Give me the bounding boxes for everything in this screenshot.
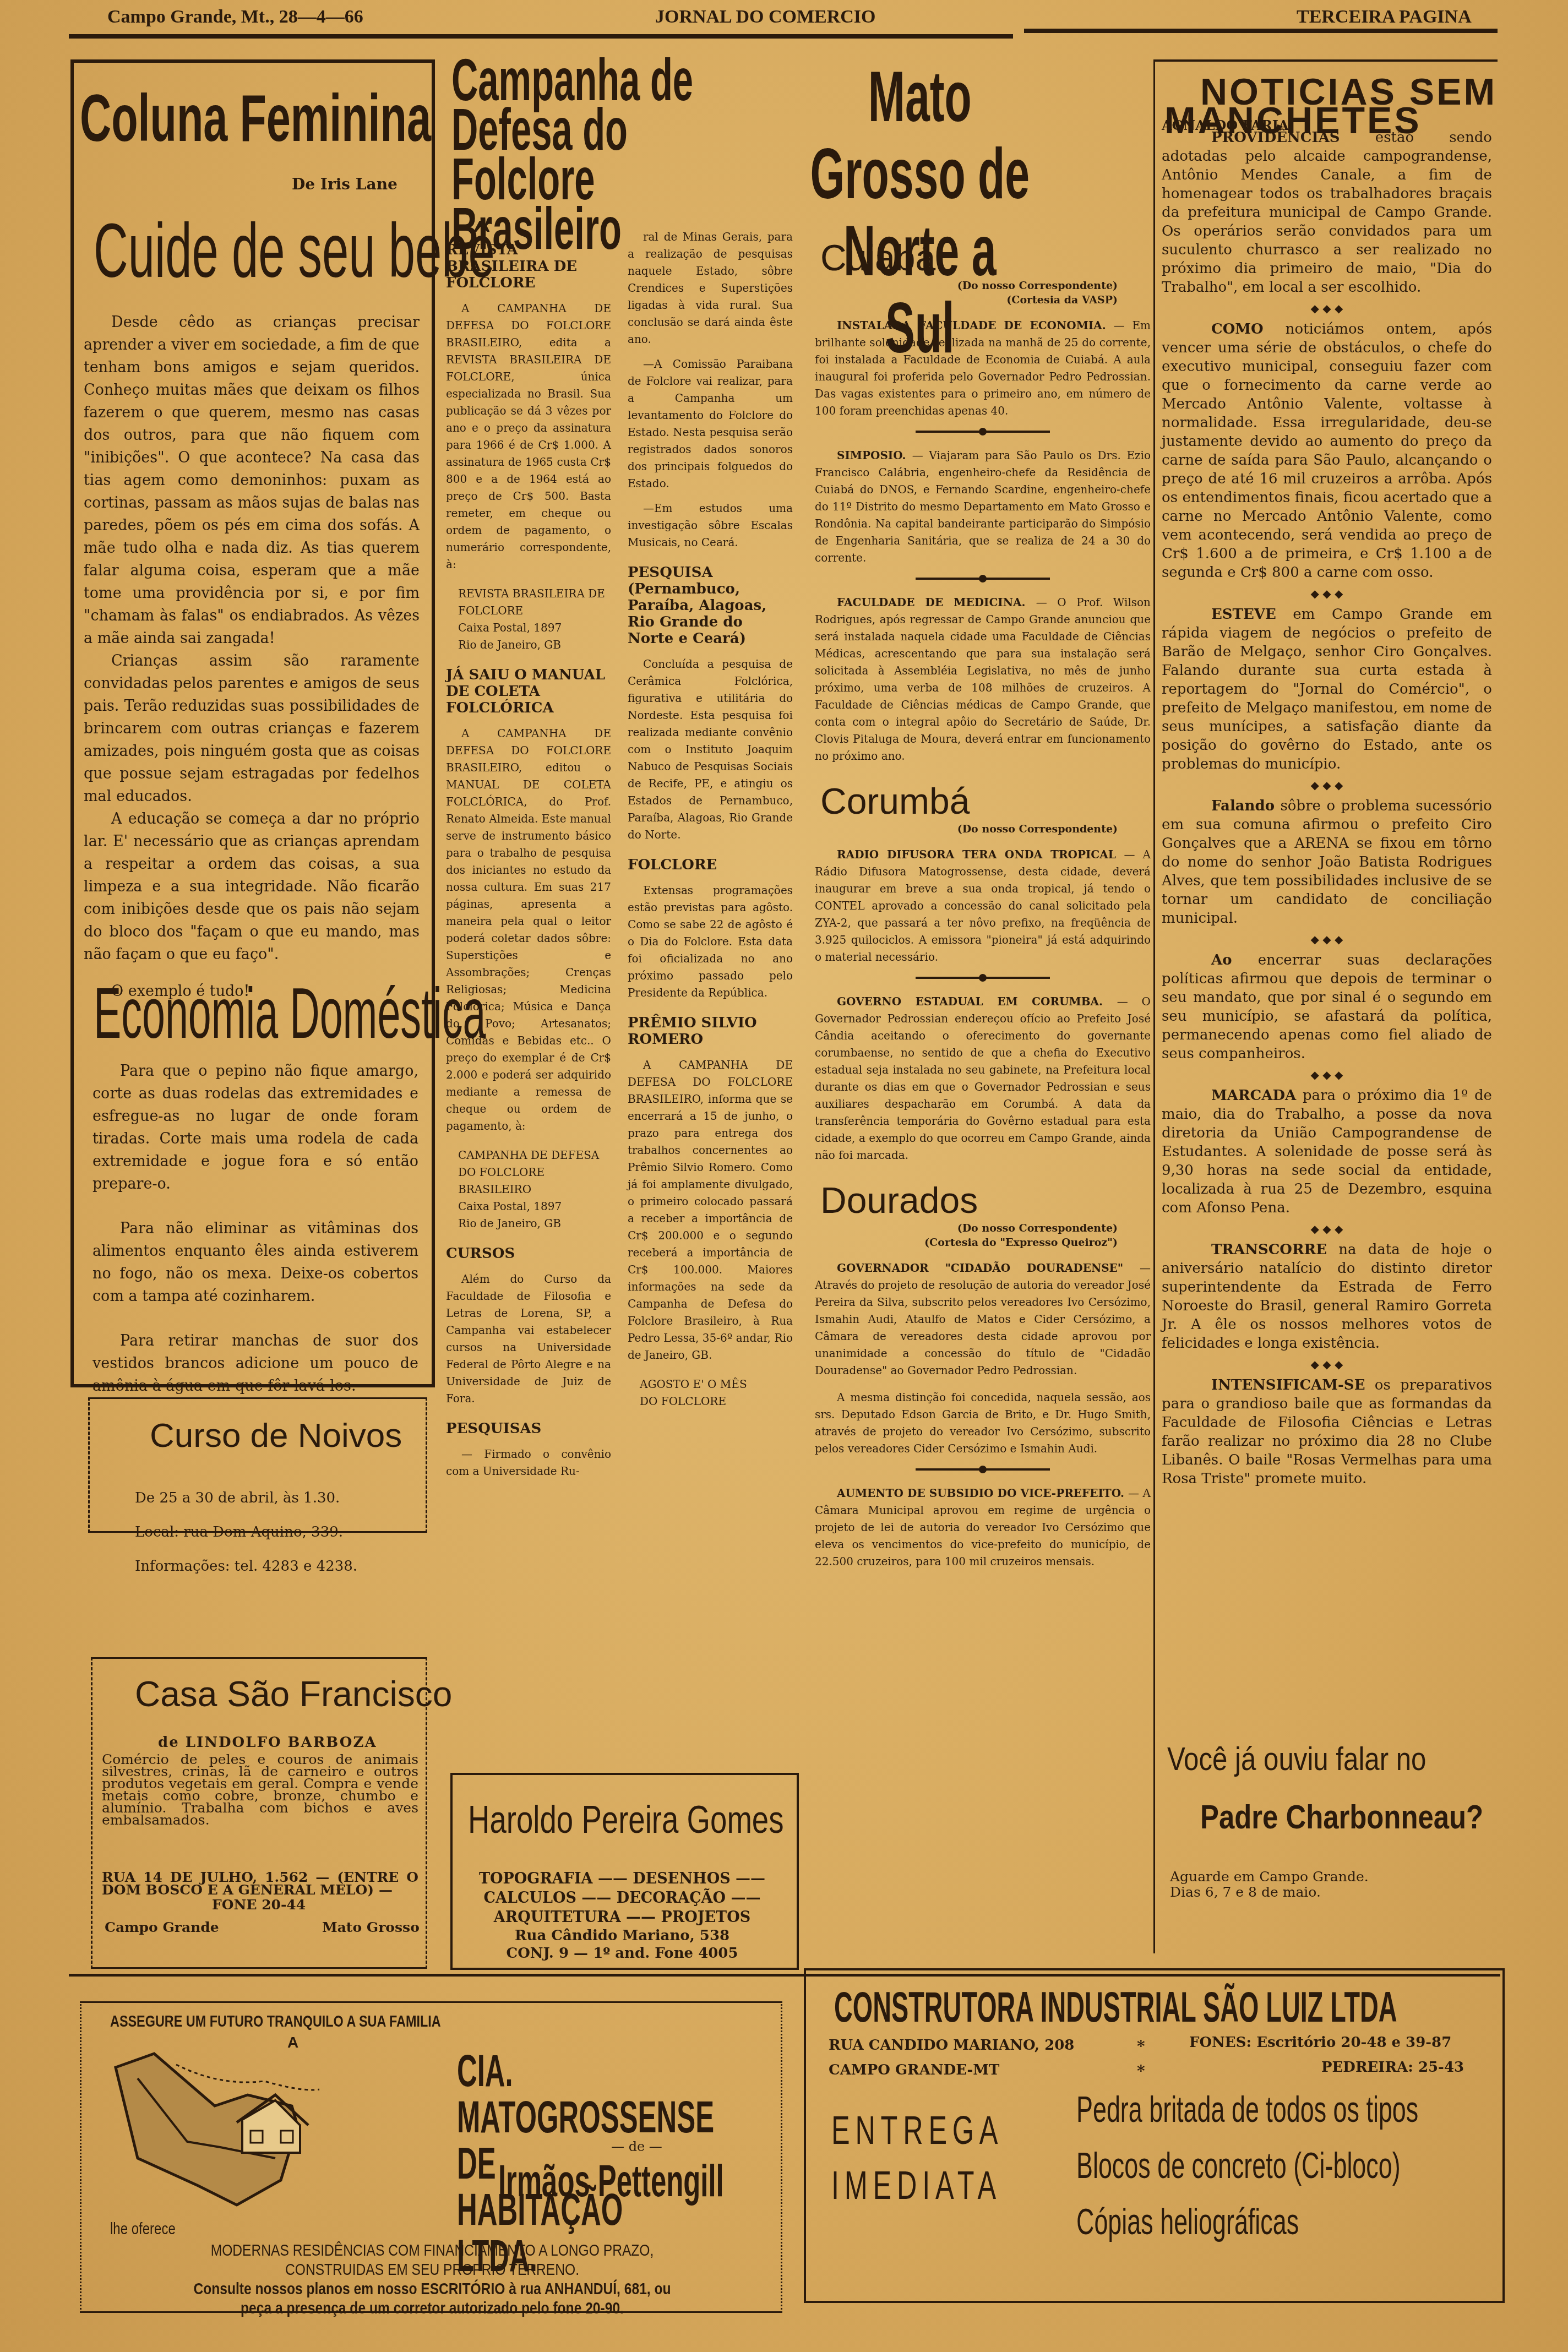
cia-de: — de —	[611, 2139, 662, 2154]
diamond-separator: ◆ ◆ ◆	[1162, 930, 1492, 949]
construtora-phones-label: FONES:	[1189, 2034, 1251, 2051]
economia-tip: Para que o pepino não fique amargo, cort…	[92, 1060, 418, 1195]
folclore-address: AGOSTO E' O MÊS DO FOLCLORE	[640, 1376, 793, 1410]
city-heading: Cuiabá	[820, 237, 1151, 279]
folclore-paragraph: ral de Minas Gerais, para a realização d…	[628, 228, 793, 348]
news-brief: COMO noticiámos ontem, após vencer uma s…	[1162, 320, 1492, 582]
news-item-text: — O Governador Pedrossian endereçou ofíc…	[815, 995, 1151, 1162]
curso-noivos-details: De 25 a 30 de abril, às 1.30. Local: rua…	[135, 1481, 357, 1583]
casa-sf-title: Casa São Francisco	[135, 1674, 452, 1714]
folclore-paragraph: — Firmado o convênio com a Universidade …	[446, 1446, 611, 1480]
folclore-paragraph: —A Comissão Paraibana de Folclore vai re…	[628, 356, 793, 492]
news-item: RADIO DIFUSORA TERA ONDA TROPICAL — A Rá…	[815, 846, 1151, 966]
construtora-address2: CAMPO GRANDE-MT	[829, 2062, 999, 2078]
news-brief-text: sôbre o problema sucessório em sua comun…	[1162, 798, 1492, 927]
news-brief: INTENSIFICAM-SE os preparativos para o g…	[1162, 1376, 1492, 1488]
folclore-col1: REVISTA BRASILEIRA DE FOLCLOREA CAMPANHA…	[446, 228, 611, 1488]
construtora-star: *	[1137, 2037, 1145, 2055]
coluna-feminina-byline: De Iris Lane	[292, 175, 398, 193]
column-divider	[1153, 59, 1155, 1953]
news-brief: TRANSCORRE na data de hoje o aniversário…	[1162, 1240, 1492, 1353]
news-brief-lead: TRANSCORRE	[1211, 1242, 1327, 1258]
cuide-headline: Cuide de seu bebê	[94, 212, 495, 289]
coluna-feminina-title: Coluna Feminina	[80, 85, 431, 151]
news-item-head: GOVERNO ESTADUAL EM CORUMBA.	[837, 995, 1117, 1008]
ornament-divider	[815, 1463, 1151, 1475]
news-brief-text: em Campo Grande em rápida viagem de negó…	[1162, 606, 1492, 772]
news-item: SIMPOSIO. — Viajaram para São Paulo os D…	[815, 447, 1151, 567]
curso-noivos-title: Curso de Noivos	[150, 1416, 402, 1455]
noticias-article: PROVIDÊNCIAS estão sendo adotadas pelo a…	[1162, 128, 1492, 1490]
news-item-text: A mesma distinção foi concedida, naquela…	[815, 1391, 1151, 1455]
news-brief: MARCADA para o próximo dia 1º de maio, d…	[1162, 1086, 1492, 1217]
casa-sf-phone: FONE 20-44	[212, 1897, 306, 1913]
haroldo-service: CALCULOS —— DECORAÇÃO ——	[468, 1888, 776, 1908]
folclore-col2: ral de Minas Gerais, para a realização d…	[628, 228, 793, 1422]
cia-body-line: Consulte nossos planos em nosso ESCRITÓR…	[150, 2279, 715, 2299]
hands-house-icon	[110, 2048, 407, 2213]
news-item: GOVERNO ESTADUAL EM CORUMBA. — O Governa…	[815, 993, 1151, 1164]
economia-title: Economia Doméstica	[94, 977, 486, 1049]
casa-sf-description: Comércio de peles e couros de animais si…	[102, 1754, 418, 1826]
diamond-separator: ◆ ◆ ◆	[1162, 1219, 1492, 1238]
news-brief-lead: COMO	[1211, 321, 1264, 337]
news-item: AUMENTO DE SUBSIDIO DO VICE-PREFEITO. — …	[815, 1485, 1151, 1570]
news-item: FACULDADE DE MEDICINA. — O Prof. Wilson …	[815, 594, 1151, 765]
cuide-paragraph: Crianças assim são raramente convidadas …	[84, 650, 420, 808]
cia-body: MODERNAS RESIDÊNCIAS COM FINANCIAMENTO A…	[88, 2241, 776, 2318]
construtora-address1: RUA CANDIDO MARIANO, 208	[829, 2037, 1074, 2054]
cuide-paragraph: A educação se começa a dar no próprio la…	[84, 808, 420, 966]
cia-tagline: ASSEGURE UM FUTURO TRANQUILO A SUA FAMIL…	[110, 2012, 441, 2031]
paper-name: JORNAL DO COMERCIO	[655, 7, 875, 28]
curso-local: Local: rua Dom Aquino, 339.	[135, 1515, 357, 1549]
folclore-address: CAMPANHA DE DEFESA DO FOLCLORE BRASILEIR…	[458, 1147, 611, 1232]
folclore-paragraph: A CAMPANHA DE DEFESA DO FOLCLORE BRASILE…	[628, 1057, 793, 1364]
construtora-pedreira: PEDREIRA: 25-43	[1321, 2059, 1464, 2076]
ornament-divider	[815, 971, 1151, 983]
haroldo-name: Haroldo Pereira Gomes	[468, 1798, 784, 1842]
masthead-rule-right	[1024, 29, 1498, 33]
construtora-products: Pedra britada de todos os tipos Blocos d…	[1076, 2081, 1418, 2250]
entrega-line: IMEDIATA	[831, 2158, 1003, 2213]
news-brief-lead: INTENSIFICAM-SE	[1211, 1377, 1365, 1393]
news-brief-lead: ESTEVE	[1211, 606, 1276, 623]
correspondent-credit: (Do nosso Correspondente)	[815, 1221, 1118, 1235]
news-item-head: INSTALADA FACULDADE DE ECONOMIA.	[837, 319, 1114, 332]
haroldo-services: TOPOGRAFIA —— DESENHOS —— CALCULOS —— DE…	[468, 1869, 776, 1927]
news-item-text: — Em brilhante solenidade realizada na m…	[815, 319, 1151, 417]
curso-info: Informações: tel. 4283 e 4238.	[135, 1549, 357, 1583]
construtora-star: *	[1137, 2062, 1145, 2080]
news-brief: Ao encerrar suas declarações políticas a…	[1162, 951, 1492, 1063]
news-item: INSTALADA FACULDADE DE ECONOMIA. — Em br…	[815, 317, 1151, 420]
diamond-separator: ◆ ◆ ◆	[1162, 776, 1492, 794]
news-brief-text: os preparativos para o grandioso baile q…	[1162, 1377, 1492, 1487]
folclore-subhead: PRÊMIO SILVIO ROMERO	[628, 1015, 793, 1048]
news-item: A mesma distinção foi concedida, naquela…	[815, 1389, 1151, 1457]
casa-sf-owner: de LINDOLFO BARBOZA	[158, 1734, 377, 1751]
city-heading: Corumbá	[820, 780, 1151, 822]
cia-body-line: CONSTRUIDAS EM SEU PROPRIO TERRENO.	[150, 2260, 715, 2279]
folclore-address: REVISTA BRASILEIRA DE FOLCLORE Caixa Pos…	[458, 585, 611, 654]
news-item-head: AUMENTO DE SUBSIDIO DO VICE-PREFEITO.	[837, 1487, 1128, 1500]
folclore-subhead: FOLCLORE	[628, 857, 793, 873]
correspondent-credit: (Cortesia da VASP)	[815, 293, 1118, 307]
news-brief-text: para o próximo dia 1º de maio, dia do Tr…	[1162, 1087, 1492, 1216]
haroldo-service: ARQUITETURA —— PROJETOS	[468, 1908, 776, 1927]
construtora-name: CONSTRUTORA INDUSTRIAL SÃO LUIZ LTDA	[834, 1982, 1397, 2032]
news-brief-text: noticiámos ontem, após vencer uma série …	[1162, 321, 1492, 581]
correspondent-credit: (Cortesia do "Expresso Queiroz")	[815, 1235, 1118, 1250]
news-item-text: — Através do projeto de resolução de aut…	[815, 1261, 1151, 1377]
news-brief: Falando sôbre o problema sucessório em s…	[1162, 797, 1492, 928]
cia-name-line1: CIA. MATOGROSSENSE	[457, 2048, 662, 2141]
casa-sf-state: Mato Grosso	[322, 1919, 420, 1935]
ornament-divider	[815, 425, 1151, 437]
diamond-separator: ◆ ◆ ◆	[1162, 299, 1492, 318]
construtora-product: Pedra britada de todos os tipos	[1076, 2081, 1418, 2137]
cia-body-line: peça a presença de um corretor autorizad…	[150, 2299, 715, 2318]
news-brief: ESTEVE em Campo Grande em rápida viagem …	[1162, 605, 1492, 774]
folclore-paragraph: Concluída a pesquisa de Cerâmica Folclór…	[628, 656, 793, 843]
folclore-paragraph: Extensas programações estão previstas pa…	[628, 882, 793, 1001]
folclore-subhead: PESQUISAS	[446, 1420, 611, 1437]
casa-sf-address: RUA 14 DE JULHO, 1.562 — (ENTRE O DOM BO…	[102, 1871, 418, 1896]
economia-tip: Para não eliminar as vitâminas dos alime…	[92, 1217, 418, 1308]
cia-offer: lhe oferece	[110, 2220, 176, 2239]
city-heading: Dourados	[820, 1179, 1151, 1221]
charbonneau-name: Padre Charbonneau?	[1200, 1798, 1483, 1837]
folclore-subhead: CURSOS	[446, 1245, 611, 1262]
news-brief-text: encerrar suas declarações políticas afir…	[1162, 952, 1492, 1062]
mato-grosso-article: Cuiabá(Do nosso Correspondente)(Cortesia…	[815, 237, 1151, 1574]
cia-owner: Irmãos Pettengill	[498, 2155, 724, 2207]
casa-sf-city: Campo Grande	[105, 1919, 219, 1935]
ornament-divider	[815, 572, 1151, 584]
folclore-paragraph: A CAMPANHA DE DEFESA DO FOLCLORE BRASILE…	[446, 725, 611, 1135]
economia-article: Para que o pepino não fique amargo, cort…	[92, 1060, 418, 1397]
construtora-product: Blocos de concreto (Ci-bloco)	[1076, 2137, 1418, 2193]
diamond-separator: ◆ ◆ ◆	[1162, 1065, 1492, 1084]
news-item-text: — O Prof. Wilson Rodrigues, após regress…	[815, 596, 1151, 763]
construtora-product: Cópias heliográficas	[1076, 2193, 1418, 2250]
folclore-paragraph: —Em estudos uma investigação sôbre Escal…	[628, 500, 793, 551]
masthead-rule	[69, 34, 1013, 39]
haroldo-street: Rua Cândido Mariano, 538	[468, 1927, 776, 1945]
charbonneau-where: Aguarde em Campo Grande. Dias 6, 7 e 8 d…	[1170, 1869, 1369, 1900]
news-brief-text: na data de hoje o aniversário natalício …	[1162, 1242, 1492, 1352]
haroldo-address: Rua Cândido Mariano, 538 CONJ. 9 — 1º an…	[468, 1927, 776, 1962]
folclore-paragraph: Além do Curso da Faculdade de Filosofia …	[446, 1271, 611, 1407]
news-item-text: — A Rádio Difusora Matogrossense, desta …	[815, 848, 1151, 963]
curso-date: De 25 a 30 de abril, às 1.30.	[135, 1481, 357, 1515]
news-item-head: FACULDADE DE MEDICINA.	[837, 596, 1036, 609]
diamond-separator: ◆ ◆ ◆	[1162, 584, 1492, 603]
news-item: GOVERNADOR "CIDADÃO DOURADENSE" — Atravé…	[815, 1260, 1151, 1379]
noticias-top-rule	[1153, 59, 1498, 62]
economia-tip: Para retirar manchas de suor dos vestido…	[92, 1330, 418, 1397]
news-item-head: RADIO DIFUSORA TERA ONDA TROPICAL	[837, 848, 1124, 861]
cia-body-line: MODERNAS RESIDÊNCIAS COM FINANCIAMENTO A…	[150, 2241, 715, 2260]
folclore-paragraph: A CAMPANHA DE DEFESA DO FOLCLORE BRASILE…	[446, 300, 611, 573]
correspondent-credit: (Do nosso Correspondente)	[815, 279, 1118, 293]
folclore-subhead: PESQUISA (Pernambuco, Paraíba, Alagoas, …	[628, 564, 793, 647]
news-brief-lead: Ao	[1211, 952, 1232, 968]
charbonneau-headline: Você já ouviu falar no	[1167, 1740, 1426, 1778]
news-brief-text: estão sendo adotadas pelo alcaide campog…	[1162, 129, 1492, 296]
dateline: Campo Grande, Mt., 28—4—66	[107, 7, 363, 28]
news-item-head: GOVERNADOR "CIDADÃO DOURADENSE"	[837, 1261, 1140, 1275]
charbonneau-dates: Dias 6, 7 e 8 de maio.	[1170, 1885, 1369, 1900]
cuide-paragraph: Desde cêdo as crianças precisar aprender…	[84, 311, 420, 650]
haroldo-suite: CONJ. 9 — 1º and. Fone 4005	[468, 1945, 776, 1962]
news-brief-lead: Falando	[1211, 798, 1275, 814]
folclore-title: Campanha de Defesa do Folclore Brasileir…	[451, 55, 725, 253]
construtora-phones: FONES: Escritório 20-48 e 39-87	[1189, 2034, 1451, 2051]
folclore-subhead: JÁ SAIU O MANUAL DE COLETA FOLCLÓRICA	[446, 667, 611, 716]
diamond-separator: ◆ ◆ ◆	[1162, 1355, 1492, 1374]
news-brief: PROVIDÊNCIAS estão sendo adotadas pelo a…	[1162, 128, 1492, 297]
news-item-head: SIMPOSIO.	[837, 449, 912, 462]
correspondent-credit: (Do nosso Correspondente)	[815, 822, 1118, 836]
cuide-article: Desde cêdo as crianças precisar aprender…	[84, 311, 420, 1003]
construtora-phones-office: Escritório 20-48 e 39-87	[1256, 2034, 1451, 2051]
news-brief-lead: PROVIDÊNCIAS	[1211, 129, 1340, 146]
construtora-entrega: ENTREGA IMEDIATA	[831, 2103, 1003, 2213]
haroldo-service: TOPOGRAFIA —— DESENHOS ——	[468, 1869, 776, 1888]
page-label: TERCEIRA PAGINA	[1297, 7, 1472, 28]
news-brief-lead: MARCADA	[1211, 1087, 1296, 1104]
news-item-text: — Viajaram para São Paulo os Drs. Ezio F…	[815, 449, 1151, 564]
folclore-subhead: REVISTA BRASILEIRA DE FOLCLORE	[446, 242, 611, 291]
charbonneau-place: Aguarde em Campo Grande.	[1170, 1869, 1369, 1885]
entrega-line: ENTREGA	[831, 2103, 1003, 2158]
